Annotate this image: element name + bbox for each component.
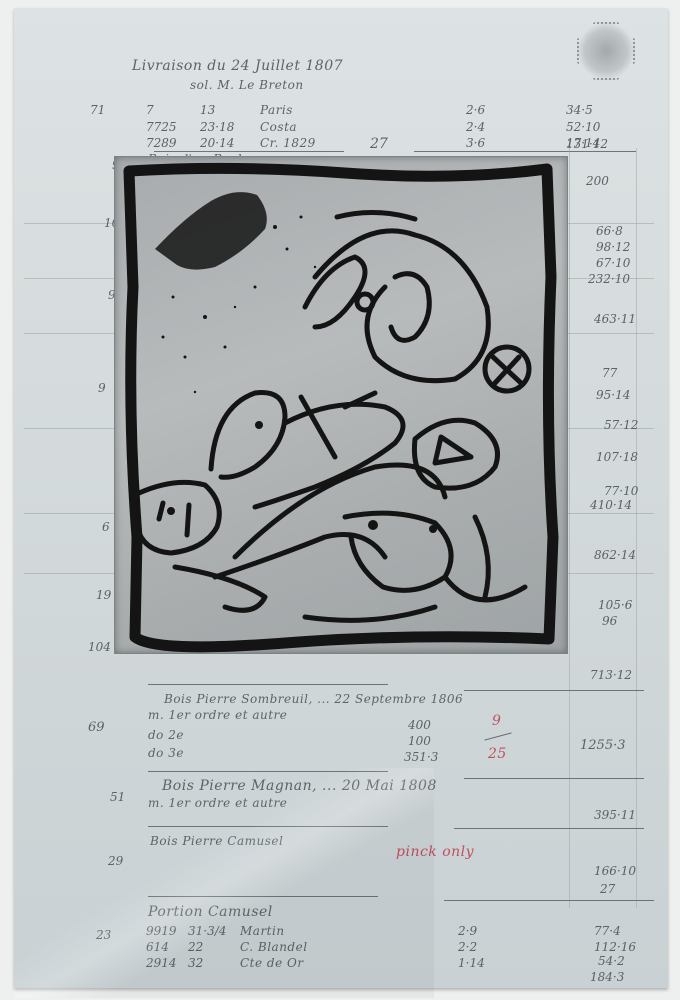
red-annotation: pinck only: [396, 844, 474, 860]
top-entry-ref: 7725: [146, 120, 177, 134]
bottom-entry-ref: 9919: [146, 924, 177, 938]
bottom-entry-qty: 31·3/4: [188, 924, 226, 938]
block-rule: [148, 684, 388, 685]
bottom-entry-rate: 1·14: [458, 956, 485, 970]
ledger-sheet: Livraison du 24 Juillet 1807 sol. M. Le …: [14, 8, 668, 988]
bottom-entry-amount: 112·16: [594, 940, 636, 954]
middle-block-line: do 3e: [148, 746, 184, 760]
block-rule: [148, 896, 378, 897]
bottom-block-margin: 23: [96, 928, 111, 942]
third-block-amount: 166·10: [594, 864, 636, 878]
right-amount: 77·10: [604, 484, 638, 498]
top-entry-rate: 2·6: [466, 103, 485, 117]
top-entry-qty: 13: [200, 103, 215, 117]
bottom-entry-amount: 77·4: [594, 924, 621, 938]
top-entry-ref: 7289: [146, 136, 177, 150]
middle-block-line: m. 1er ordre et autre: [148, 708, 287, 722]
right-amount: 232·10: [588, 272, 630, 286]
octagonal-tax-stamp-icon: [577, 22, 635, 80]
middle-block-total: 1255·3: [580, 738, 626, 753]
third-block-title: Bois Pierre Camusel: [150, 834, 283, 848]
block-rule: [148, 826, 388, 827]
block-rule: [454, 828, 644, 829]
bottom-entry-qty: 22: [188, 940, 203, 954]
second-block-title: Bois Pierre Magnan, ... 20 Mai 1808: [162, 778, 437, 794]
second-block-margin: 51: [110, 790, 125, 804]
top-entry-ref: 7: [146, 103, 154, 117]
middle-block-margin: 69: [88, 720, 105, 735]
right-amount: 410·14: [590, 498, 632, 512]
right-amount: 57·12: [604, 418, 638, 432]
ledger-header-line1: Livraison du 24 Juillet 1807: [132, 58, 343, 74]
abstract-figures-etching-icon: [115, 157, 567, 653]
bottom-entry-amount: 54·2: [598, 954, 625, 968]
top-entry-desc: Cr. 1829: [260, 136, 316, 150]
bottom-entry-rate: 2·2: [458, 940, 477, 954]
bottom-block-total: 184·3: [590, 970, 624, 984]
subtotal-rule: [414, 151, 636, 152]
margin-number: 9: [98, 381, 106, 395]
right-amount: 200: [586, 174, 609, 188]
right-amount: 95·14: [596, 388, 630, 402]
bottom-entry-desc: Cte de Or: [240, 956, 304, 970]
top-entry-qty: 23·18: [200, 120, 234, 134]
third-block-margin: 29: [108, 854, 123, 868]
margin-number: 6: [102, 520, 110, 534]
bottom-entry-desc: C. Blandel: [240, 940, 308, 954]
top-entry-rate: 2·4: [466, 120, 485, 134]
fraction-bar: [484, 732, 511, 740]
ledger-column-line: [636, 148, 637, 908]
second-block-total: 395·11: [594, 808, 636, 822]
third-block-amount: 27: [600, 882, 615, 896]
top-subtotal-amount: 131·12: [566, 137, 608, 151]
top-entry-desc: Paris: [260, 103, 293, 117]
etching-plate: [114, 156, 568, 654]
top-entry-margin: 71: [90, 103, 105, 117]
bottom-entry-rate: 2·9: [458, 924, 477, 938]
right-amount: 67·10: [596, 256, 630, 270]
second-block-line: m. 1er ordre et autre: [148, 796, 287, 810]
bottom-entry-qty: 32: [188, 956, 203, 970]
right-amount: 66·8: [596, 224, 623, 238]
middle-block-qty: 400: [408, 718, 431, 732]
top-entry-desc: Costa: [260, 120, 297, 134]
right-amount: 77: [602, 366, 617, 380]
bottom-entry-ref: 2914: [146, 956, 177, 970]
middle-block-title: Bois Pierre Sombreuil, ... 22 Septembre …: [164, 692, 463, 706]
right-amount: 105·6: [598, 598, 632, 612]
right-amount: 98·12: [596, 240, 630, 254]
block-rule: [148, 771, 388, 772]
block-rule: [464, 778, 644, 779]
middle-block-qty: 100: [408, 734, 431, 748]
bottom-entry-desc: Martin: [240, 924, 285, 938]
top-subtotal-count: 27: [370, 136, 388, 152]
red-fraction-denominator: 25: [488, 746, 507, 762]
top-entry-qty: 20·14: [200, 136, 234, 150]
ledger-column-line: [569, 148, 570, 908]
bottom-block-title: Portion Camusel: [148, 904, 273, 920]
right-amount: 107·18: [596, 450, 638, 464]
margin-number: 104: [88, 640, 111, 654]
middle-block-qty: 351·3: [404, 750, 438, 764]
middle-block-line: do 2e: [148, 728, 184, 742]
block-rule: [444, 900, 654, 901]
right-amount: 713·12: [590, 668, 632, 682]
top-entry-amount: 34·5: [566, 103, 593, 117]
right-amount: 862·14: [594, 548, 636, 562]
ledger-header-line2: sol. M. Le Breton: [190, 78, 304, 92]
right-amount: 463·11: [594, 312, 636, 326]
top-entry-amount: 52·10: [566, 120, 600, 134]
red-fraction-numerator: 9: [492, 713, 501, 729]
margin-number: 19: [96, 588, 111, 602]
block-rule: [464, 690, 644, 691]
right-amount: 96: [602, 614, 617, 628]
bottom-entry-ref: 614: [146, 940, 169, 954]
top-entry-rate: 3·6: [466, 136, 485, 150]
